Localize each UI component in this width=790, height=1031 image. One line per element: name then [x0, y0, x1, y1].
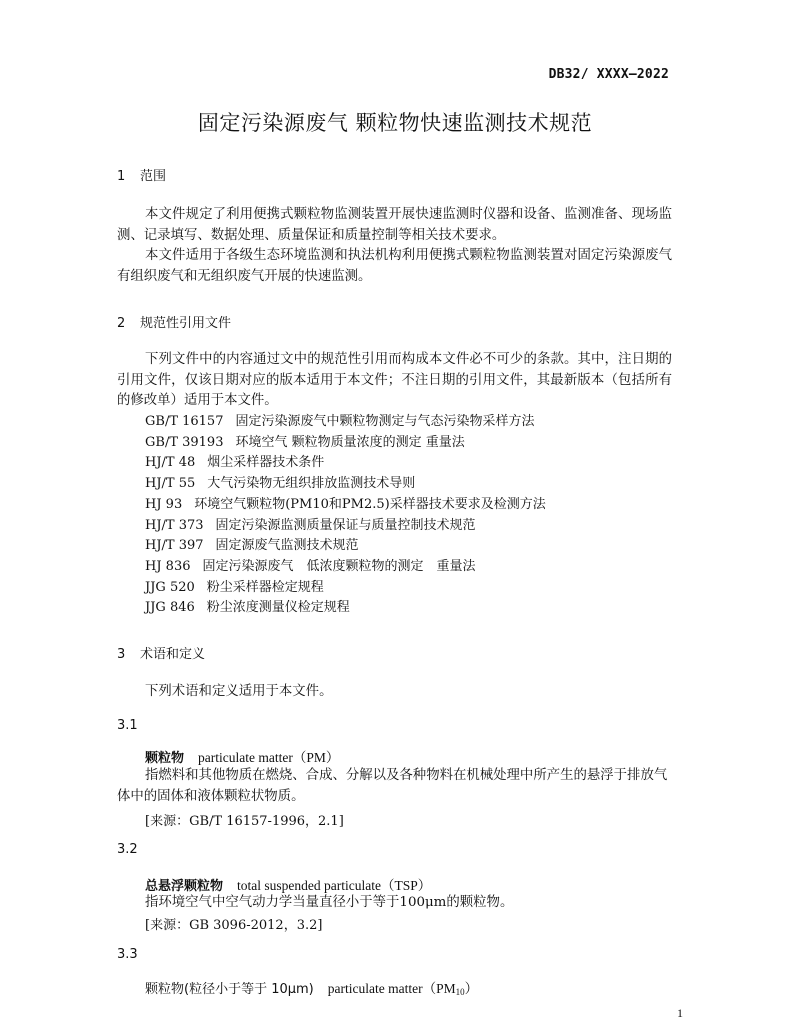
term-chinese: 颗粒物(粒径小于等于 10μm) — [145, 982, 314, 997]
reference-item: GB/T 16157固定污染源废气中颗粒物测定与气态污染物采样方法 — [145, 412, 546, 433]
section-number: 3 — [117, 647, 140, 662]
section-3-heading: 3术语和定义 — [117, 643, 205, 662]
reference-code: JJG 846 — [145, 598, 195, 619]
reference-title: 固定源废气监测技术规范 — [216, 538, 359, 553]
section-2-intro: 下列文件中的内容通过文中的规范性引用而构成本文件必不可少的条款。其中，注日期的引… — [117, 350, 672, 412]
term-english: particulate matter（PM10） — [328, 981, 478, 996]
reference-item: JJG 846粉尘浓度测量仪检定规程 — [145, 598, 546, 619]
reference-item: HJ 93环境空气颗粒物(PM10和PM2.5)采样器技术要求及检测方法 — [145, 495, 546, 516]
term-number: 3.3 — [117, 947, 138, 962]
reference-code: HJ/T 397 — [145, 536, 204, 557]
reference-code: HJ 93 — [145, 495, 182, 516]
reference-title: 环境空气颗粒物(PM10和PM2.5)采样器技术要求及检测方法 — [194, 497, 545, 512]
term-english: total suspended particulate（TSP） — [237, 878, 431, 893]
reference-item: JJG 520粉尘采样器检定规程 — [145, 578, 546, 599]
reference-title: 固定污染源废气中颗粒物测定与气态污染物采样方法 — [235, 414, 534, 429]
term-heading: 颗粒物(粒径小于等于 10μm)particulate matter（PM10） — [145, 977, 478, 997]
section-title: 术语和定义 — [140, 647, 205, 662]
term-heading: 颗粒物particulate matter（PM） — [145, 746, 339, 766]
term-number: 3.2 — [117, 842, 138, 857]
term-english: particulate matter（PM） — [198, 750, 339, 765]
reference-code: HJ 836 — [145, 557, 191, 578]
normative-references-list: GB/T 16157固定污染源废气中颗粒物测定与气态污染物采样方法 GB/T 3… — [145, 412, 546, 619]
reference-code: GB/T 39193 — [145, 433, 223, 454]
reference-title: 大气污染物无组织排放监测技术导则 — [207, 476, 415, 491]
reference-title: 固定污染源监测质量保证与质量控制技术规范 — [216, 518, 476, 533]
section-1-body: 本文件规定了利用便携式颗粒物监测装置开展快速监测时仪器和设备、监测准备、现场监测… — [117, 205, 672, 287]
section-title: 规范性引用文件 — [140, 316, 231, 331]
section-title: 范围 — [140, 169, 166, 184]
section-number: 1 — [117, 169, 140, 184]
document-page: DB32/ XXXX—2022 固定污染源废气 颗粒物快速监测技术规范 1范围 … — [0, 0, 790, 1031]
reference-item: HJ/T 55大气污染物无组织排放监测技术导则 — [145, 474, 546, 495]
section-3-intro: 下列术语和定义适用于本文件。 — [117, 682, 672, 703]
paragraph: 本文件适用于各级生态环境监测和执法机构利用便携式颗粒物监测装置对固定污染源废气有… — [117, 246, 672, 287]
section-number: 2 — [117, 316, 140, 331]
page-number: 1 — [677, 1006, 683, 1021]
document-title: 固定污染源废气 颗粒物快速监测技术规范 — [0, 107, 790, 137]
reference-item: HJ/T 397固定源废气监测技术规范 — [145, 536, 546, 557]
document-code: DB32/ XXXX—2022 — [549, 67, 669, 82]
reference-title: 粉尘浓度测量仪检定规程 — [207, 600, 350, 615]
reference-title: 烟尘采样器技术条件 — [207, 455, 324, 470]
reference-title: 固定污染源废气 低浓度颗粒物的测定 重量法 — [203, 559, 476, 574]
reference-code: HJ/T 55 — [145, 474, 195, 495]
term-chinese: 颗粒物 — [145, 751, 184, 766]
reference-code: HJ/T 48 — [145, 453, 195, 474]
term-chinese: 总悬浮颗粒物 — [145, 879, 223, 894]
reference-item: GB/T 39193环境空气 颗粒物质量浓度的测定 重量法 — [145, 433, 546, 454]
reference-code: JJG 520 — [145, 578, 195, 599]
reference-code: HJ/T 373 — [145, 516, 204, 537]
term-source: [来源：GB/T 16157-1996，2.1] — [145, 810, 344, 829]
term-source: [来源：GB 3096-2012，3.2] — [145, 914, 322, 933]
paragraph: 下列文件中的内容通过文中的规范性引用而构成本文件必不可少的条款。其中，注日期的引… — [117, 350, 672, 412]
paragraph: 下列术语和定义适用于本文件。 — [117, 682, 672, 703]
term-number: 3.1 — [117, 718, 138, 733]
reference-item: HJ 836固定污染源废气 低浓度颗粒物的测定 重量法 — [145, 557, 546, 578]
reference-code: GB/T 16157 — [145, 412, 223, 433]
reference-title: 环境空气 颗粒物质量浓度的测定 重量法 — [235, 435, 464, 450]
term-definition: 指燃料和其他物质在燃烧、合成、分解以及各种物料在机械处理中所产生的悬浮于排放气体… — [117, 766, 672, 807]
section-1-heading: 1范围 — [117, 165, 166, 184]
section-2-heading: 2规范性引用文件 — [117, 312, 231, 331]
reference-title: 粉尘采样器检定规程 — [207, 580, 324, 595]
term-definition: 指环境空气中空气动力学当量直径小于等于100μm的颗粒物。 — [117, 893, 672, 914]
reference-item: HJ/T 48烟尘采样器技术条件 — [145, 453, 546, 474]
term-heading: 总悬浮颗粒物total suspended particulate（TSP） — [145, 874, 431, 894]
paragraph: 本文件规定了利用便携式颗粒物监测装置开展快速监测时仪器和设备、监测准备、现场监测… — [117, 205, 672, 246]
reference-item: HJ/T 373固定污染源监测质量保证与质量控制技术规范 — [145, 516, 546, 537]
